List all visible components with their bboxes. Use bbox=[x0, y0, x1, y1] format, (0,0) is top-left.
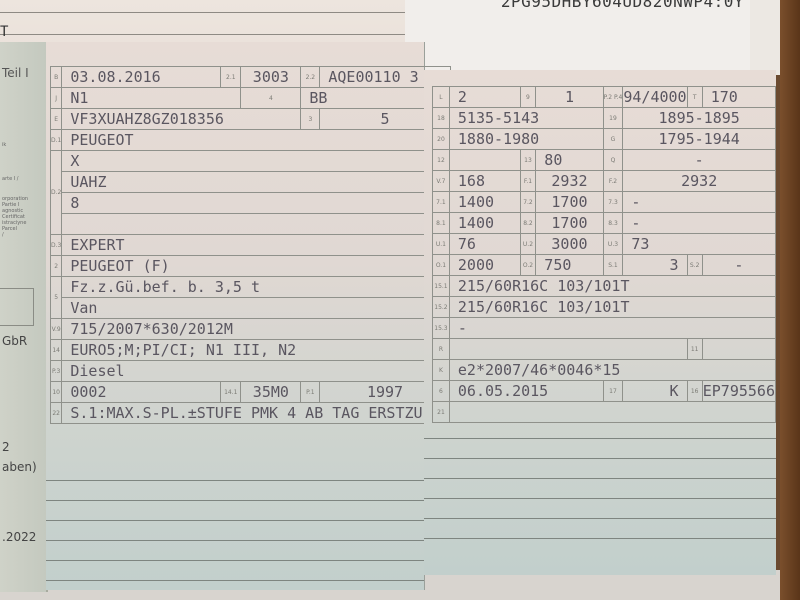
cover-number: 2 bbox=[2, 440, 10, 454]
max-mass-technical: 2932 bbox=[536, 171, 603, 192]
axles: 2 bbox=[449, 87, 520, 108]
seats: 3 bbox=[623, 255, 687, 276]
field-label: 15.2 bbox=[433, 297, 450, 318]
field-label: V.9 bbox=[51, 319, 62, 340]
field-row-18: 18 5135-5143 19 1895-1895 bbox=[433, 108, 776, 129]
field-17-value: K bbox=[623, 381, 687, 402]
field-label: 15.3 bbox=[433, 318, 450, 339]
height: 1880-1980 bbox=[449, 129, 603, 150]
field-label: 15.1 bbox=[433, 276, 450, 297]
field-row-14: 14 EURO5;M;PI/CI; N1 III, N2 bbox=[51, 340, 451, 361]
noise-rpm: 3000 bbox=[536, 234, 603, 255]
cover-text: Parcel bbox=[2, 226, 17, 232]
axle-load-permitted-1: 1400 bbox=[449, 213, 520, 234]
field-row-p3: P.3 Diesel bbox=[51, 361, 451, 382]
field-label: 2.2 bbox=[301, 67, 320, 88]
field-label: U.2 bbox=[520, 234, 536, 255]
cover-text: / bbox=[2, 232, 4, 238]
cover-date: .2022 bbox=[2, 530, 36, 544]
towing-unbraked: 750 bbox=[536, 255, 603, 276]
field-label: 22 bbox=[51, 403, 62, 424]
color bbox=[449, 339, 687, 360]
field-row-d3: D.3 EXPERT bbox=[51, 235, 451, 256]
cover-aben: aben) bbox=[2, 460, 37, 474]
field-row-r: R 11 bbox=[433, 339, 776, 360]
field-label: 6 bbox=[433, 381, 450, 402]
field-row-d2: D.2 X bbox=[51, 151, 451, 172]
field-row-10: 10 0002 14.1 35M0 P.1 1997 bbox=[51, 382, 451, 403]
field-label: S.1 bbox=[603, 255, 623, 276]
type-line: X bbox=[62, 151, 450, 172]
field-label: 7.2 bbox=[520, 192, 536, 213]
field-row-15-2: 15.2 215/60R16C 103/101T bbox=[433, 297, 776, 318]
field-label: D.3 bbox=[51, 235, 62, 256]
field-label: P.3 bbox=[51, 361, 62, 382]
field-label: O.2 bbox=[520, 255, 536, 276]
field-row-6: 6 06.05.2015 17 K 16 EP795566 bbox=[433, 381, 776, 402]
field-label: 9 bbox=[520, 87, 536, 108]
tyres-axle-2: 215/60R16C 103/101T bbox=[449, 297, 775, 318]
field-row-v9: V.9 715/2007*630/2012M bbox=[51, 319, 451, 340]
field-label: V.7 bbox=[433, 171, 450, 192]
max-mass-permitted: 2932 bbox=[623, 171, 776, 192]
length: 5135-5143 bbox=[449, 108, 603, 129]
tyres-axle-3: - bbox=[449, 318, 775, 339]
field-label: P.1 bbox=[301, 382, 320, 403]
field-label: 16 bbox=[687, 381, 702, 402]
field-label: 20 bbox=[433, 129, 450, 150]
stationary-noise: 76 bbox=[449, 234, 520, 255]
field-label: 8.2 bbox=[520, 213, 536, 234]
remarks: S.1:MAX.S-PL.±STUFE PMK 4 AB TAG ERSTZUL… bbox=[62, 403, 450, 424]
body-type: Van bbox=[62, 298, 450, 319]
color-code bbox=[702, 339, 775, 360]
field-row-15-3: 15.3 - bbox=[433, 318, 776, 339]
width: 1895-1895 bbox=[623, 108, 776, 129]
right-field-table: L 2 9 1 P.2 P.4 94/4000 T 170 18 5135-51… bbox=[432, 86, 776, 423]
axle-load-permitted-2: 1700 bbox=[536, 213, 603, 234]
document-number: EP795566 bbox=[702, 381, 775, 402]
field-label: 7.3 bbox=[603, 192, 623, 213]
field-row-22: 22 S.1:MAX.S-PL.±STUFE PMK 4 AB TAG ERST… bbox=[51, 403, 451, 424]
max-speed: 170 bbox=[702, 87, 775, 108]
field-label: U.3 bbox=[603, 234, 623, 255]
field-row-7-1: 7.1 1400 7.2 1700 7.3 - bbox=[433, 192, 776, 213]
field-label: O.1 bbox=[433, 255, 450, 276]
field-label: U.1 bbox=[433, 234, 450, 255]
field-row-21: 21 bbox=[433, 402, 776, 423]
vehicle-category-text: Fz.z.Gü.bef. b. 3,5 t bbox=[62, 277, 450, 298]
emission-code: 35M0 bbox=[241, 382, 301, 403]
cover-title: Teil I bbox=[2, 66, 29, 80]
field-row-b: B 03.08.2016 2.1 3003 2.2 AQE00110 3 bbox=[51, 67, 451, 88]
cover-text: ik bbox=[2, 142, 6, 148]
field-label: F.1 bbox=[520, 171, 536, 192]
wood-table-edge bbox=[780, 0, 800, 600]
field-row-20: 20 1880-1980 G 1795-1944 bbox=[433, 129, 776, 150]
background-letter: T bbox=[0, 24, 8, 40]
emission-class: EURO5;M;PI/CI; N1 III, N2 bbox=[62, 340, 450, 361]
field-label: D.2 bbox=[51, 151, 62, 235]
cover-box bbox=[0, 288, 34, 326]
field-row-d1: D.1 PEUGEOT bbox=[51, 130, 451, 151]
field-label: 2 bbox=[51, 256, 62, 277]
field-label: D.1 bbox=[51, 130, 62, 151]
power-rpm: 94/4000 bbox=[623, 87, 687, 108]
field-label: 5 bbox=[51, 277, 62, 319]
towing-braked: 2000 bbox=[449, 255, 520, 276]
axle-load-1: 1400 bbox=[449, 192, 520, 213]
field-label: R bbox=[433, 339, 450, 360]
tank-volume bbox=[449, 150, 520, 171]
other-notes bbox=[449, 402, 775, 423]
drive-by-noise: 73 bbox=[623, 234, 776, 255]
make: PEUGEOT bbox=[62, 130, 450, 151]
field-label: 8.1 bbox=[433, 213, 450, 234]
blank-line bbox=[62, 214, 450, 235]
field-label: G bbox=[603, 129, 623, 150]
manufacturer-code: 3003 bbox=[241, 67, 301, 88]
field-label: E bbox=[51, 109, 62, 130]
field-row-j: J N1 4 BB bbox=[51, 88, 451, 109]
field-row-2: 2 PEUGEOT (F) bbox=[51, 256, 451, 277]
left-field-table: B 03.08.2016 2.1 3003 2.2 AQE00110 3 J N… bbox=[50, 66, 451, 424]
field-row-e: E VF3XUAHZ8GZ018356 3 5 bbox=[51, 109, 451, 130]
field-label: 10 bbox=[51, 382, 62, 403]
power-weight-ratio: - bbox=[623, 150, 776, 171]
version-line: 8 bbox=[62, 193, 450, 214]
field-label: 11 bbox=[687, 339, 702, 360]
type-approval-number: e2*2007/46*0046*15 bbox=[449, 360, 775, 381]
background-strip bbox=[750, 0, 780, 75]
axle-load-3: - bbox=[623, 192, 776, 213]
field-label: 14 bbox=[51, 340, 62, 361]
driven-axles: 1 bbox=[536, 87, 603, 108]
standing-places: - bbox=[702, 255, 775, 276]
field-row-l: L 2 9 1 P.2 P.4 94/4000 T 170 bbox=[433, 87, 776, 108]
field-row-8-1: 8.1 1400 8.2 1700 8.3 - bbox=[433, 213, 776, 234]
field-label: 21 bbox=[433, 402, 450, 423]
co2: 168 bbox=[449, 171, 520, 192]
field-label: T bbox=[687, 87, 702, 108]
axle-load-2: 1700 bbox=[536, 192, 603, 213]
first-registration-date: 03.08.2016 bbox=[62, 67, 221, 88]
field-label: 18 bbox=[433, 108, 450, 129]
field-label: 14.1 bbox=[221, 382, 241, 403]
field-label: S.2 bbox=[687, 255, 702, 276]
field-label: 4 bbox=[241, 88, 301, 109]
tyres-axle-1: 215/60R16C 103/101T bbox=[449, 276, 775, 297]
field-row-15-1: 15.1 215/60R16C 103/101T bbox=[433, 276, 776, 297]
field-label: 8.3 bbox=[603, 213, 623, 234]
field-label: 2.1 bbox=[221, 67, 241, 88]
field-label: P.2 P.4 bbox=[603, 87, 623, 108]
tank-capacity: 80 bbox=[536, 150, 603, 171]
axle-load-permitted-3: - bbox=[623, 213, 776, 234]
field-label: F.2 bbox=[603, 171, 623, 192]
field-row-12: 12 13 80 Q - bbox=[433, 150, 776, 171]
field-label: 12 bbox=[433, 150, 450, 171]
field-label: 17 bbox=[603, 381, 623, 402]
field-label: 7.1 bbox=[433, 192, 450, 213]
field-row-5: 5 Fz.z.Gü.bef. b. 3,5 t bbox=[51, 277, 451, 298]
field-label: J bbox=[51, 88, 62, 109]
fuel-code: 0002 bbox=[62, 382, 221, 403]
emission-directive: 715/2007*630/2012M bbox=[62, 319, 450, 340]
vehicle-class: N1 bbox=[62, 88, 241, 109]
field-row-k: K e2*2007/46*0046*15 bbox=[433, 360, 776, 381]
field-label: L bbox=[433, 87, 450, 108]
booklet-cover: Teil I ik arte I / orporation Partie I a… bbox=[0, 42, 48, 592]
cover-text: arte I / bbox=[2, 176, 19, 182]
field-label: Q bbox=[603, 150, 623, 171]
field-label: K bbox=[433, 360, 450, 381]
empty-mass: 1795-1944 bbox=[623, 129, 776, 150]
background-sheet-code: 2PG95DHBY604UD820NWP4:0Y bbox=[501, 0, 744, 11]
cover-gbr: GbR bbox=[2, 334, 27, 348]
type-approval-date: 06.05.2015 bbox=[449, 381, 603, 402]
field-label: 13 bbox=[520, 150, 536, 171]
model-name: EXPERT bbox=[62, 235, 450, 256]
background-sheet-right: 2PG95DHBY604UD820NWP4:0Y bbox=[405, 0, 751, 75]
registration-right-page: L 2 9 1 P.2 P.4 94/4000 T 170 18 5135-51… bbox=[424, 70, 776, 575]
field-row-v7: V.7 168 F.1 2932 F.2 2932 bbox=[433, 171, 776, 192]
registration-left-page: B 03.08.2016 2.1 3003 2.2 AQE00110 3 J N… bbox=[46, 42, 425, 590]
field-label: 3 bbox=[301, 109, 320, 130]
field-label: B bbox=[51, 67, 62, 88]
field-row-o1: O.1 2000 O.2 750 S.1 3 S.2 - bbox=[433, 255, 776, 276]
field-label: 19 bbox=[603, 108, 623, 129]
vin: VF3XUAHZ8GZ018356 bbox=[62, 109, 301, 130]
manufacturer: PEUGEOT (F) bbox=[62, 256, 450, 277]
fuel-type: Diesel bbox=[62, 361, 450, 382]
variant-line: UAHZ bbox=[62, 172, 450, 193]
field-row-u1: U.1 76 U.2 3000 U.3 73 bbox=[433, 234, 776, 255]
